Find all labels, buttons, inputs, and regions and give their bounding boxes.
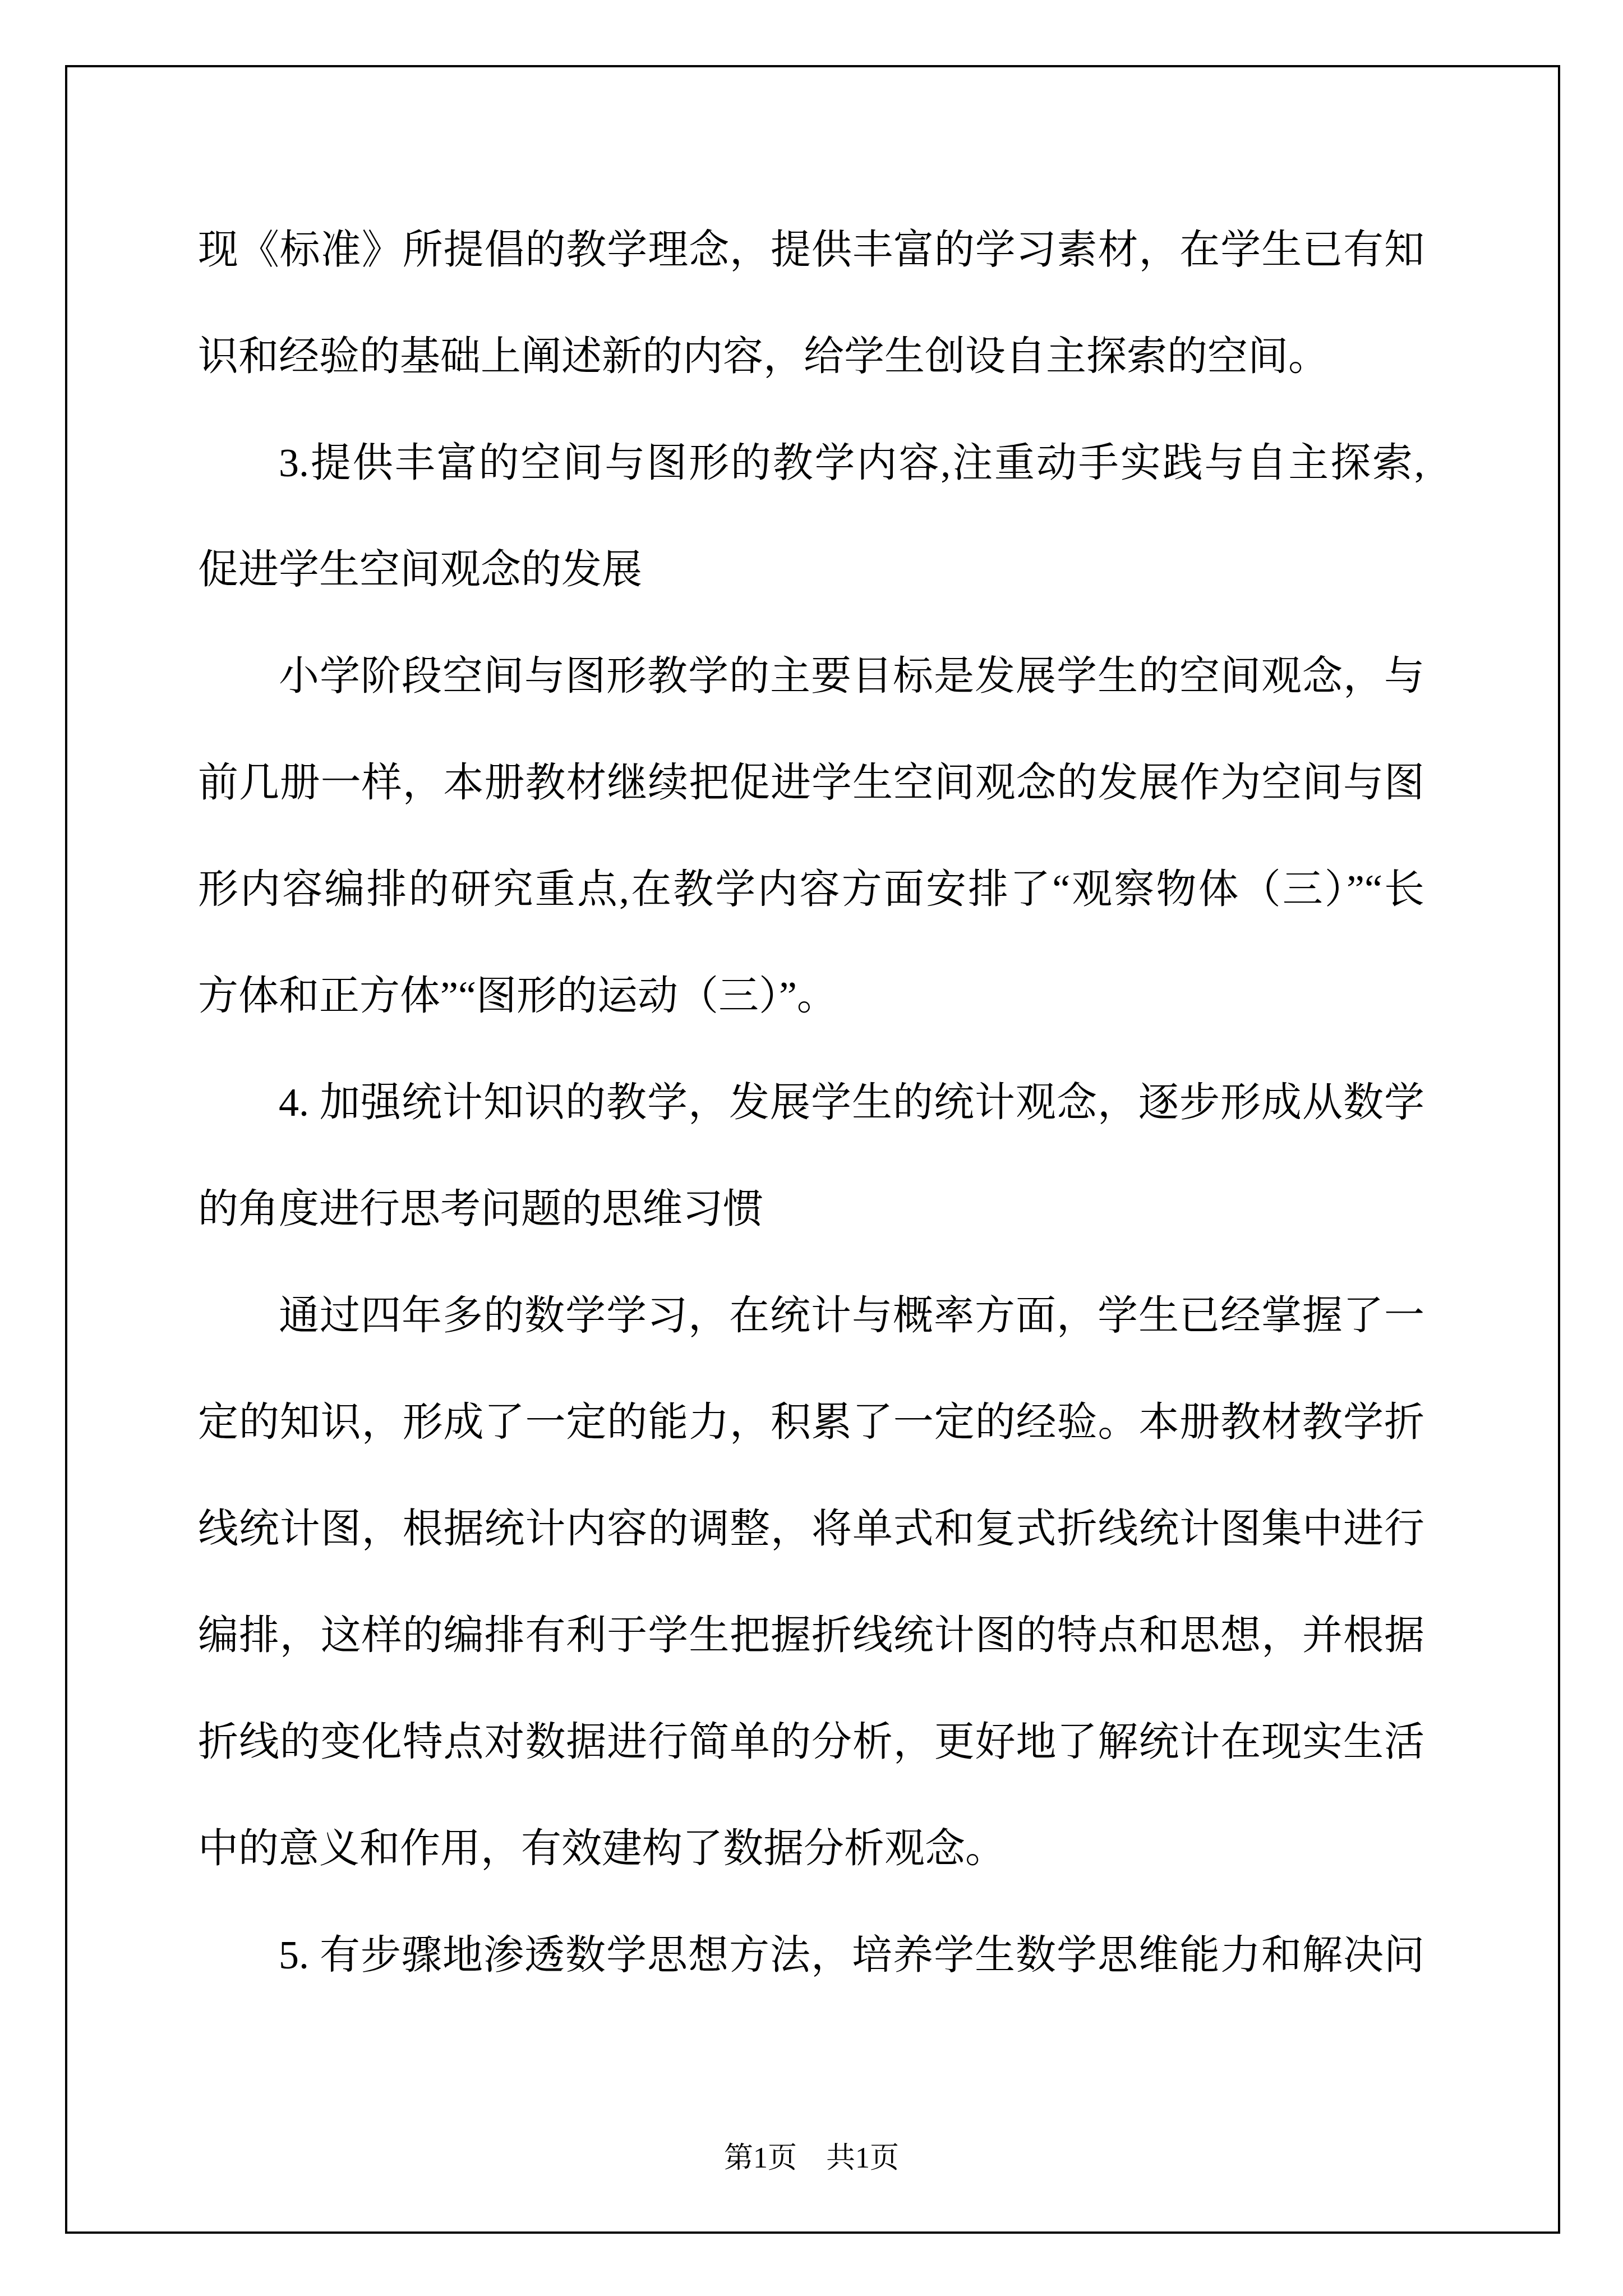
text-line: 线统计图，根据统计内容的调整，将单式和复式折线统计图集中进行 [198,1475,1424,1582]
text-line: 前几册一样，本册教材继续把促进学生空间观念的发展作为空间与图 [198,729,1424,836]
text-line: 定的知识，形成了一定的能力，积累了一定的经验。本册教材教学折 [198,1369,1424,1475]
text-line: 通过四年多的数学学习，在统计与概率方面，学生已经掌握了一 [198,1262,1424,1369]
text-line: 识和经验的基础上阐述新的内容，给学生创设自主探索的空间。 [198,303,1424,409]
text-line: 方体和正方体”“图形的运动（三）”。 [198,942,1424,1049]
text-line: 4. 加强统计知识的教学，发展学生的统计观念，逐步形成从数学 [198,1049,1424,1156]
text-line: 形内容编排的研究重点,在教学内容方面安排了“观察物体（三）”“长 [198,836,1424,942]
text-line: 中的意义和作用，有效建构了数据分析观念。 [198,1795,1424,1902]
text-line: 折线的变化特点对数据进行简单的分析，更好地了解统计在现实生活 [198,1688,1424,1795]
text-line: 现《标准》所提倡的教学理念，提供丰富的学习素材，在学生已有知 [198,196,1424,303]
document-page: { "page": { "width": 2894, "height": 409… [0,0,1623,2296]
text-line: 编排，这样的编排有利于学生把握折线统计图的特点和思想，并根据 [198,1582,1424,1688]
page-footer: 第1页 共1页 [0,2144,1623,2173]
text-line: 促进学生空间观念的发展 [198,516,1424,623]
text-line: 5. 有步骤地渗透数学思想方法，培养学生数学思维能力和解决问 [198,1902,1424,2008]
text-line: 小学阶段空间与图形教学的主要目标是发展学生的空间观念，与 [198,623,1424,729]
text-line: 的角度进行思考问题的思维习惯 [198,1156,1424,1262]
text-line: 3.提供丰富的空间与图形的教学内容,注重动手实践与自主探索, [198,409,1424,516]
document-body: 现《标准》所提倡的教学理念，提供丰富的学习素材，在学生已有知识和经验的基础上阐述… [198,196,1424,2008]
